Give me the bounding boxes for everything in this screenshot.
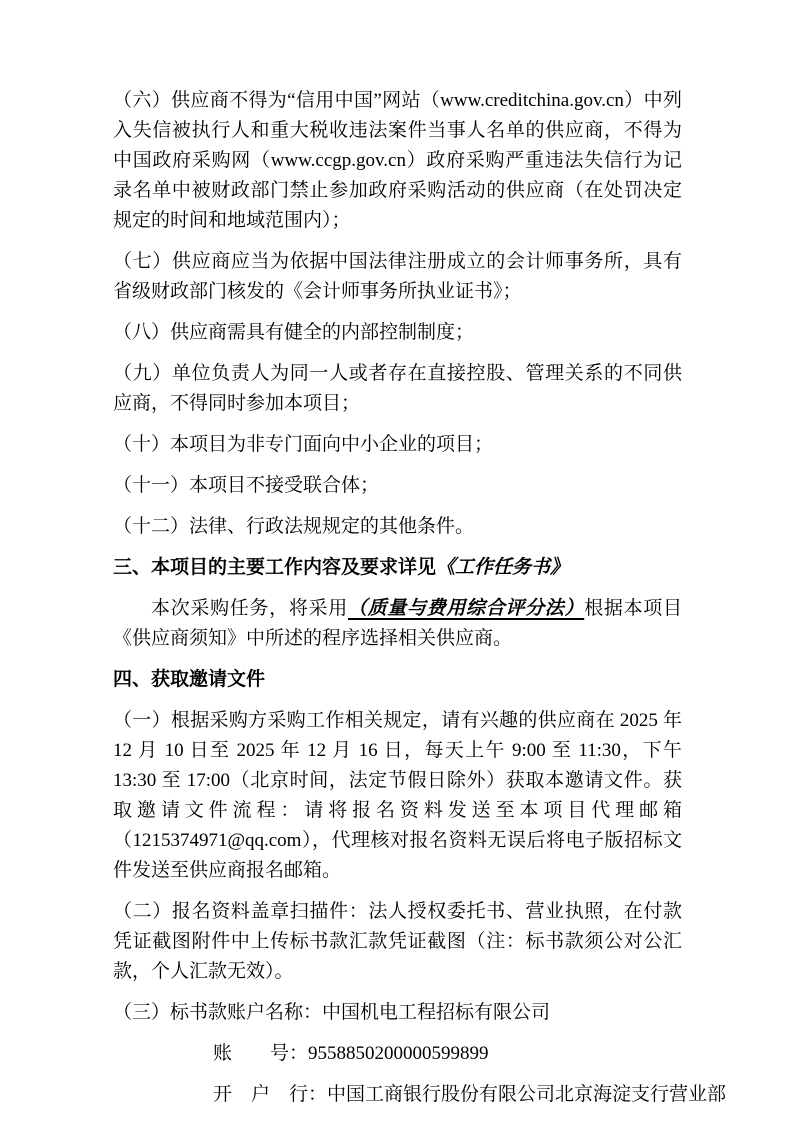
section-4-heading: 四、获取邀请文件 (113, 665, 682, 695)
item-2-paragraph: （二）报名资料盖章扫描件：法人授权委托书、营业执照，在付款凭证截图附件中上传标书… (113, 897, 682, 987)
clause-6-paragraph: （六）供应商不得为“信用中国”网站（www.creditchina.gov.cn… (113, 86, 682, 236)
clause-10-paragraph: （十）本项目为非专门面向中小企业的项目； (113, 430, 682, 460)
clause-12-paragraph: （十二）法律、行政法规规定的其他条件。 (113, 512, 682, 542)
document-page: （六）供应商不得为“信用中国”网站（www.creditchina.gov.cn… (0, 0, 794, 1123)
clause-11-paragraph: （十一）本项目不接受联合体； (113, 471, 682, 501)
bank-value: 中国工商银行股份有限公司北京海淀支行营业部 (327, 1084, 726, 1105)
account-number-line: 账 号：9558850200000599899 (113, 1039, 682, 1069)
section-3-heading: 三、本项目的主要工作内容及要求详见《工作任务书》 (113, 553, 682, 583)
clause-7-paragraph: （七）供应商应当为依据中国法律注册成立的会计师事务所，具有省级财政部门核发的《会… (113, 247, 682, 307)
clause-8-paragraph: （八）供应商需具有健全的内部控制制度； (113, 318, 682, 348)
work-task-book-title: 《工作任务书》 (436, 557, 569, 578)
bank-line: 开 户 行：中国工商银行股份有限公司北京海淀支行营业部 (113, 1080, 682, 1110)
method-prefix-text: 本次采购任务，将采用 (151, 598, 348, 619)
section-3-heading-text: 三、本项目的主要工作内容及要求详见 (113, 557, 436, 578)
item-3-paragraph: （三）标书款账户名称：中国机电工程招标有限公司 (113, 998, 682, 1028)
evaluation-method-emphasis: （质量与费用综合评分法） (348, 598, 584, 619)
account-number-value: 9558850200000599899 (308, 1043, 489, 1064)
item-1-paragraph: （一）根据采购方采购工作相关规定，请有兴趣的供应商在 2025 年 12 月 1… (113, 706, 682, 886)
procurement-method-paragraph: 本次采购任务，将采用（质量与费用综合评分法）根据本项目《供应商须知》中所述的程序… (113, 594, 682, 654)
bank-label: 开 户 行： (213, 1084, 327, 1105)
account-number-label: 账 号： (213, 1043, 308, 1064)
clause-9-paragraph: （九）单位负责人为同一人或者存在直接控股、管理关系的不同供应商，不得同时参加本项… (113, 359, 682, 419)
